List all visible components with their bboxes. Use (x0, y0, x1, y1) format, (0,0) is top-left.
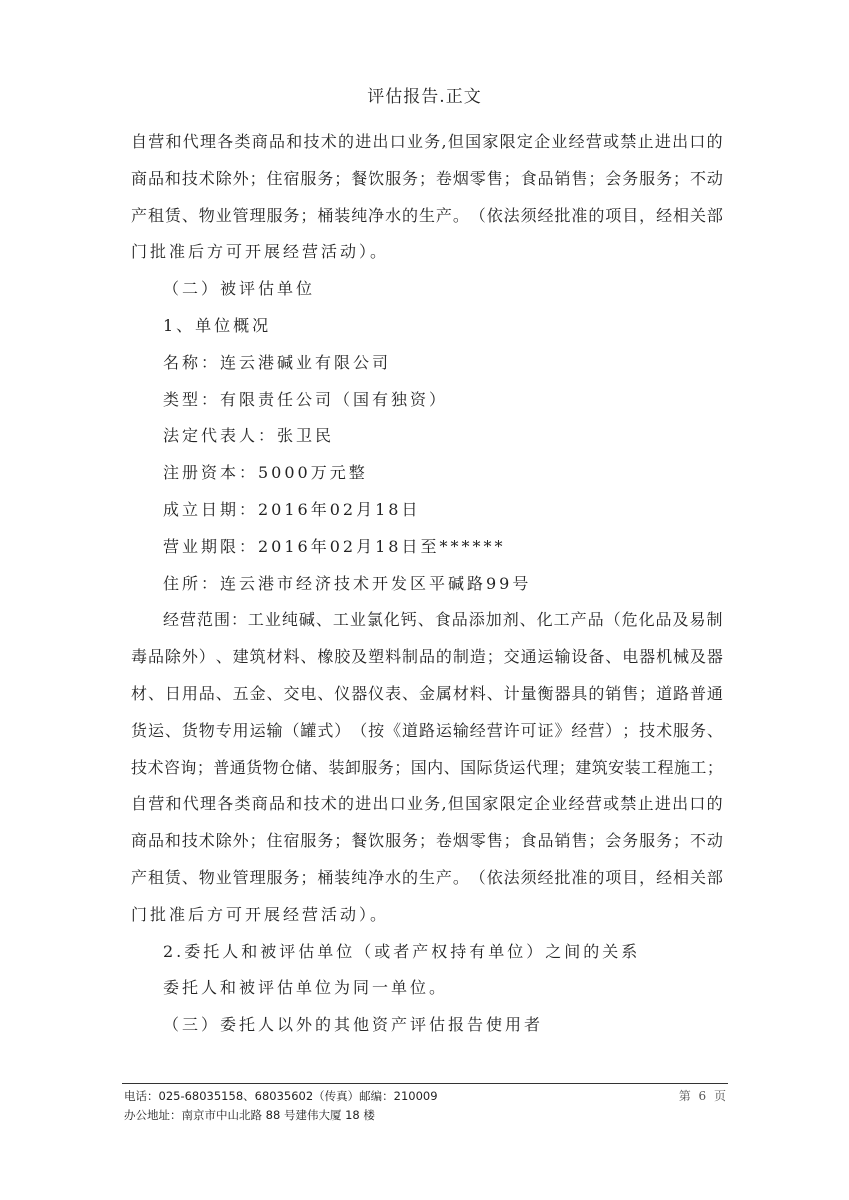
text-line: 商品和技术除外；住宿服务；餐饮服务；卷烟零售；食品销售；会务服务；不动 (131, 829, 723, 866)
field-address: 住所：连云港市经济技术开发区平碱路99号 (131, 572, 723, 609)
subsection-heading-unit-overview: 1、单位概况 (131, 314, 723, 351)
relationship-statement: 委托人和被评估单位为同一单位。 (131, 976, 723, 1013)
section-heading-evaluated-unit: （二）被评估单位 (131, 277, 723, 314)
footer-contact: 电话：025-68035158、68035602（传真）邮编：210009 (124, 1087, 438, 1106)
text-line: 技术咨询；普通货物仓储、装卸服务；国内、国际货运代理；建筑安装工程施工； (131, 756, 723, 793)
field-company-type: 类型：有限责任公司（国有独资） (131, 388, 723, 425)
text-line: 产租赁、物业管理服务；桶装纯净水的生产。（依法须经批准的项目，经相关部 (131, 866, 723, 903)
page-header-title: 评估报告.正文 (0, 82, 849, 107)
text-line: 自营和代理各类商品和技术的进出口业务,但国家限定企业经营或禁止进出口的 (131, 130, 723, 167)
text-line: 门批准后方可开展经营活动）。 (131, 903, 723, 940)
field-business-term: 营业期限：2016年02月18日至****** (131, 535, 723, 572)
text-line: 材、日用品、五金、交电、仪器仪表、金属材料、计量衡器具的销售；道路普通 (131, 682, 723, 719)
text-line: 商品和技术除外；住宿服务；餐饮服务；卷烟零售；食品销售；会务服务；不动 (131, 167, 723, 204)
text-line: 毒品除外）、建筑材料、橡胶及塑料制品的制造；交通运输设备、电器机械及器 (131, 645, 723, 682)
document-body: 自营和代理各类商品和技术的进出口业务,但国家限定企业经营或禁止进出口的 商品和技… (131, 130, 723, 1050)
section-heading-other-users: （三）委托人以外的其他资产评估报告使用者 (131, 1013, 723, 1050)
field-business-scope: 经营范围：工业纯碱、工业氯化钙、食品添加剂、化工产品（危化品及易制 (131, 608, 723, 645)
field-company-name: 名称：连云港碱业有限公司 (131, 351, 723, 388)
page-footer: 电话：025-68035158、68035602（传真）邮编：210009 第 … (124, 1087, 728, 1125)
field-registered-capital: 注册资本：5000万元整 (131, 461, 723, 498)
text-line: 产租赁、物业管理服务；桶装纯净水的生产。（依法须经批准的项目，经相关部 (131, 204, 723, 241)
subsection-heading-relationship: 2.委托人和被评估单位（或者产权持有单位）之间的关系 (131, 940, 723, 977)
footer-address: 办公地址：南京市中山北路 88 号建伟大厦 18 楼 (124, 1106, 375, 1125)
footer-divider (122, 1083, 728, 1084)
text-line: 货运、货物专用运输（罐式）（按《道路运输经营许可证》经营）；技术服务、 (131, 719, 723, 756)
text-line: 自营和代理各类商品和技术的进出口业务,但国家限定企业经营或禁止进出口的 (131, 792, 723, 829)
field-legal-representative: 法定代表人：张卫民 (131, 424, 723, 461)
field-establishment-date: 成立日期：2016年02月18日 (131, 498, 723, 535)
page-number: 第 6 页 (679, 1087, 728, 1106)
text-line: 门批准后方可开展经营活动）。 (131, 240, 723, 277)
